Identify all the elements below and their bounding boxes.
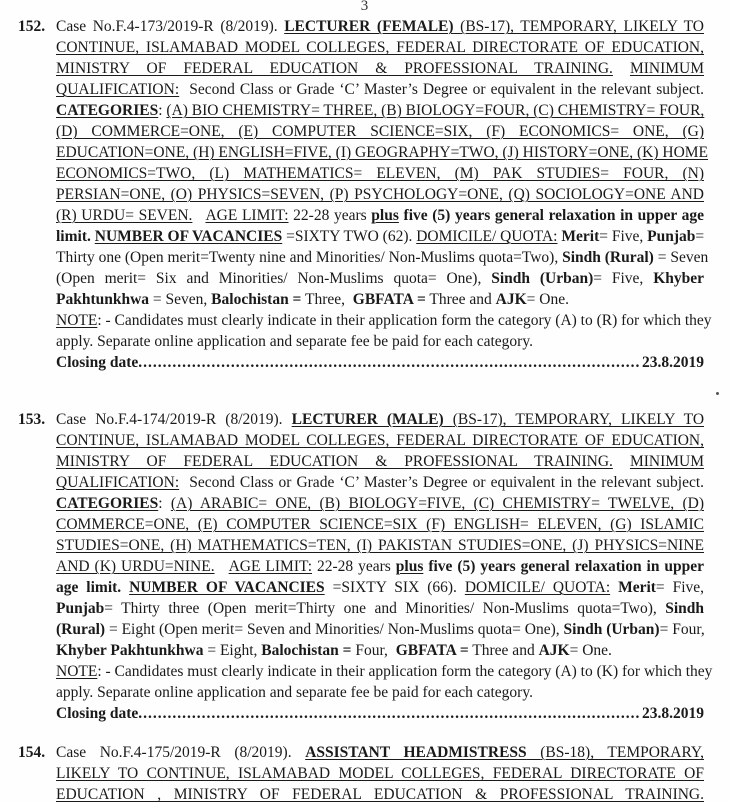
- case-number: 153.: [18, 411, 45, 429]
- closing-date-row: Closing date............................…: [56, 354, 704, 372]
- text-line: MINISTRY OF FEDERAL EDUCATION & PROFESSI…: [56, 453, 704, 471]
- post-title: LECTURER (MALE): [292, 411, 444, 428]
- quota-line: Punjab= Thirty three (Open merit=Thirty …: [56, 600, 704, 618]
- text-line: LIKELY TO CONTINUE, ISLAMABAD MODEL COLL…: [56, 765, 704, 783]
- quota-line: Khyber Pakhtunkhwa = Eight, Balochistan …: [56, 642, 704, 660]
- post-scale: (BS-17), TEMPORARY, LIKELY TO: [460, 18, 704, 35]
- case-reference: Case No.F.4-173/2019-R (8/2019).: [56, 18, 278, 35]
- note-line: apply. Separate online application and s…: [56, 333, 704, 351]
- page-number: 3: [0, 0, 729, 15]
- age-limit-line: (R) URDU= SEVEN. AGE LIMIT: 22-28 years …: [56, 207, 704, 225]
- post-title: ASSISTANT HEADMISTRESS: [305, 744, 526, 761]
- case-heading: Case No.F.4-173/2019-R (8/2019). LECTURE…: [56, 18, 704, 36]
- post-scale: (BS-17), TEMPORARY, LIKELY TO: [453, 411, 704, 428]
- qualification-line: QUALIFICATION: Second Class or Grade ‘C’…: [56, 81, 704, 99]
- note-line: NOTE: - Candidates must clearly indicate…: [56, 312, 704, 330]
- text-line: STUDIES=ONE, (H) MATHEMATICS=TEN, (I) PA…: [56, 537, 704, 555]
- post-title: LECTURER (FEMALE): [284, 18, 453, 35]
- text-line: CONTINUE, ISLAMABAD MODEL COLLEGES, FEDE…: [56, 39, 704, 57]
- text-line: PERSIAN=ONE, (O) PHYSICS=SEVEN, (P) PSYC…: [56, 186, 704, 204]
- case-reference: Case No.F.4-175/2019-R (8/2019).: [56, 744, 292, 761]
- note-line: apply. Separate online application and s…: [56, 684, 704, 702]
- quota-line: Pakhtunkhwa = Seven, Balochistan = Three…: [56, 291, 704, 309]
- case-number: 152.: [18, 18, 45, 36]
- case-heading: Case No.F.4-175/2019-R (8/2019). ASSISTA…: [56, 744, 704, 762]
- case-heading: Case No.F.4-174/2019-R (8/2019). LECTURE…: [56, 411, 704, 429]
- categories-line: CATEGORIES: (A) BIO CHEMISTRY= THREE, (B…: [56, 102, 704, 120]
- vacancies-line: age limit. NUMBER OF VACANCIES =SIXTY SI…: [56, 579, 704, 597]
- text-line: EDUCATION , MINISTRY OF FEDERAL EDUCATIO…: [56, 786, 704, 802]
- case-number: 154.: [18, 744, 45, 762]
- closing-date-row: Closing date............................…: [56, 705, 704, 723]
- vacancies-line: limit. NUMBER OF VACANCIES =SIXTY TWO (6…: [56, 228, 704, 246]
- quota-line: (Open merit= Six and Minorities/ Non-Mus…: [56, 270, 704, 288]
- case-reference: Case No.F.4-174/2019-R (8/2019).: [56, 411, 283, 428]
- note-line: NOTE: - Candidates must clearly indicate…: [56, 663, 704, 681]
- categories-line: CATEGORIES: (A) ARABIC= ONE, (B) BIOLOGY…: [56, 495, 704, 513]
- closing-date: 23.8.2019: [642, 354, 704, 372]
- text-line: COMMERCE=ONE, (E) COMPUTER SCIENCE=SIX (…: [56, 516, 704, 534]
- scan-speck: [716, 392, 719, 395]
- text-line: ECONOMICS=TWO, (L) MATHEMATICS= ELEVEN, …: [56, 165, 704, 183]
- closing-date: 23.8.2019: [642, 705, 704, 723]
- text-line: MINISTRY OF FEDERAL EDUCATION & PROFESSI…: [56, 60, 704, 78]
- text-line: (D) COMMERCE=ONE, (E) COMPUTER SCIENCE=S…: [56, 123, 704, 141]
- quota-line: Thirty one (Open merit=Twenty nine and M…: [56, 249, 704, 267]
- qualification-line: QUALIFICATION: Second Class or Grade ‘C’…: [56, 474, 704, 492]
- text-line: CONTINUE, ISLAMABAD MODEL COLLEGES, FEDE…: [56, 432, 704, 450]
- age-limit-line: AND (K) URDU=NINE. AGE LIMIT: 22-28 year…: [56, 558, 704, 576]
- quota-line: (Rural) = Eight (Open merit= Seven and M…: [56, 621, 704, 639]
- text-line: EDUCATION=ONE, (H) ENGLISH=FIVE, (I) GEO…: [56, 144, 704, 162]
- post-scale: (BS-18), TEMPORARY,: [540, 744, 704, 761]
